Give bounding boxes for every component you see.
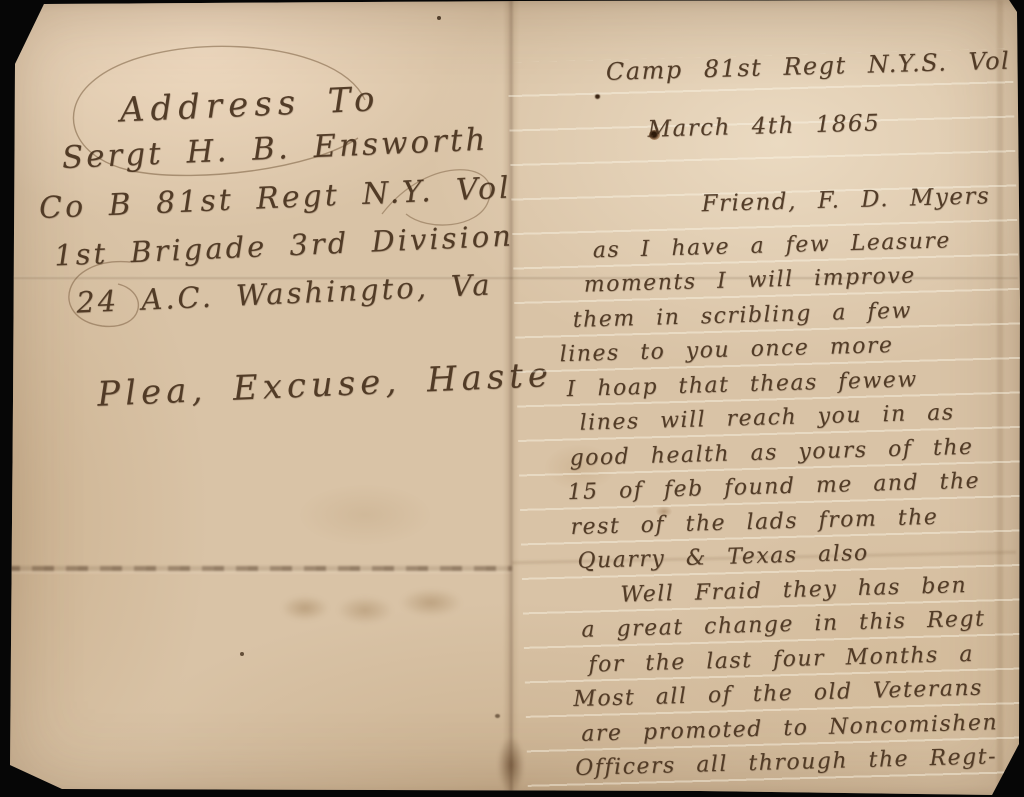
address-heading: Address To bbox=[119, 79, 381, 130]
excuse-haste-note: Plea, Excuse, Haste bbox=[96, 355, 553, 415]
address-brigade: 1st Brigade 3rd Division bbox=[53, 218, 514, 272]
address-corps-location: 24 A.C. Washingto, Va bbox=[76, 267, 494, 319]
scanned-letter: Address To Sergt H. B. Ensworth Co B 81s… bbox=[0, 0, 1024, 797]
letter-paper: Address To Sergt H. B. Ensworth Co B 81s… bbox=[0, 0, 1024, 797]
address-page: Address To Sergt H. B. Ensworth Co B 81s… bbox=[15, 0, 549, 796]
address-regiment: Co B 81st Regt N.Y. Vol bbox=[38, 171, 512, 227]
letter-page: Camp 81st Regt N.Y.S. Vol March 4th 1865… bbox=[504, 0, 1024, 797]
